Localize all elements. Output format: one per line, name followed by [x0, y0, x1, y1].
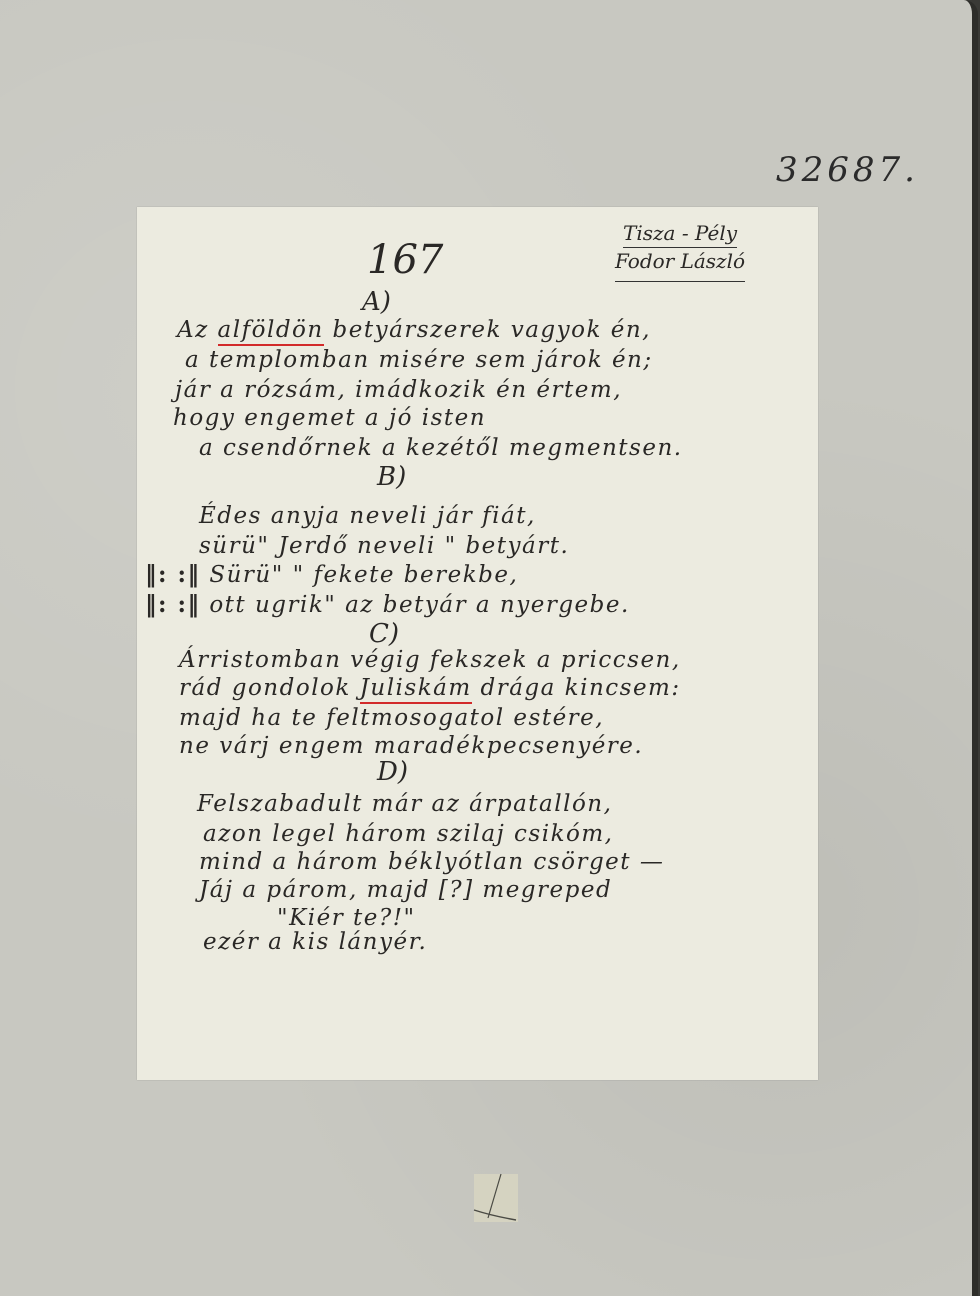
- collector-name: Fodor László: [615, 249, 745, 282]
- verse-line: Az alföldön betyárszerek vagyok én,: [177, 317, 651, 343]
- red-underlined-word: Juliskám: [360, 675, 472, 704]
- verse-line: a templomban misére sem járok én;: [185, 347, 653, 373]
- archive-card: 32687. 167 Tisza - Pély Fodor László A) …: [0, 0, 978, 1296]
- verse-line: ne várj engem maradékpecsenyére.: [179, 733, 643, 759]
- song-number: 167: [367, 237, 443, 283]
- verse-line: rád gondolok Juliskám drága kincsem:: [179, 675, 681, 701]
- red-underlined-word: alföldön: [218, 317, 324, 346]
- collection-place: Tisza - Pély: [623, 221, 737, 248]
- verse-text: drága kincsem:: [472, 675, 681, 701]
- verse-line: ‖: :‖ ott ugrik" az betyár a nyergebe.: [145, 591, 630, 618]
- verse-line: hogy engemet a jó isten: [173, 405, 486, 431]
- verse-line: Édes anyja neveli jár fiát,: [199, 503, 536, 529]
- repeat-sign: ‖: :‖: [145, 561, 201, 588]
- section-label-b: B): [377, 462, 406, 492]
- verse-text: Az: [177, 317, 218, 343]
- section-label-d: D): [377, 757, 408, 787]
- verse-line: "Kiér te?!": [277, 905, 416, 931]
- repeat-sign: ‖: :‖: [145, 591, 201, 618]
- verse-line: Jáj a párom, majd [?] megreped: [199, 877, 612, 903]
- verse-line: ezér a kis lányér.: [203, 929, 427, 955]
- verse-line: mind a három béklyótlan csörget —: [199, 849, 664, 875]
- manuscript-sheet: 167 Tisza - Pély Fodor László A) Az alfö…: [137, 207, 818, 1080]
- verse-text: betyárszerek vagyok én,: [324, 317, 651, 343]
- pencil-mark-icon: [468, 1170, 523, 1225]
- verse-line: Árristomban végig fekszek a priccsen,: [179, 647, 681, 673]
- verse-line: majd ha te feltmosogatol estére,: [179, 705, 604, 731]
- verse-line: Felszabadult már az árpatallón,: [197, 791, 612, 817]
- verse-text: ott ugrik" az betyár a nyergebe.: [209, 592, 630, 618]
- verse-line: a csendőrnek a kezétől megmentsen.: [199, 435, 683, 461]
- verse-text: Sürü" " fekete berekbe,: [209, 562, 518, 588]
- verse-text: rád gondolok: [179, 675, 360, 701]
- section-label-a: A): [362, 287, 391, 317]
- verse-line: sürü" Jerdő neveli " betyárt.: [199, 533, 569, 559]
- catalog-number: 32687.: [776, 150, 919, 190]
- verse-line: azon legel három szilaj csikóm,: [203, 821, 614, 847]
- verse-line: ‖: :‖ Sürü" " fekete berekbe,: [145, 561, 518, 588]
- section-label-c: C): [369, 619, 399, 649]
- verse-line: jár a rózsám, imádkozik én értem,: [175, 377, 622, 403]
